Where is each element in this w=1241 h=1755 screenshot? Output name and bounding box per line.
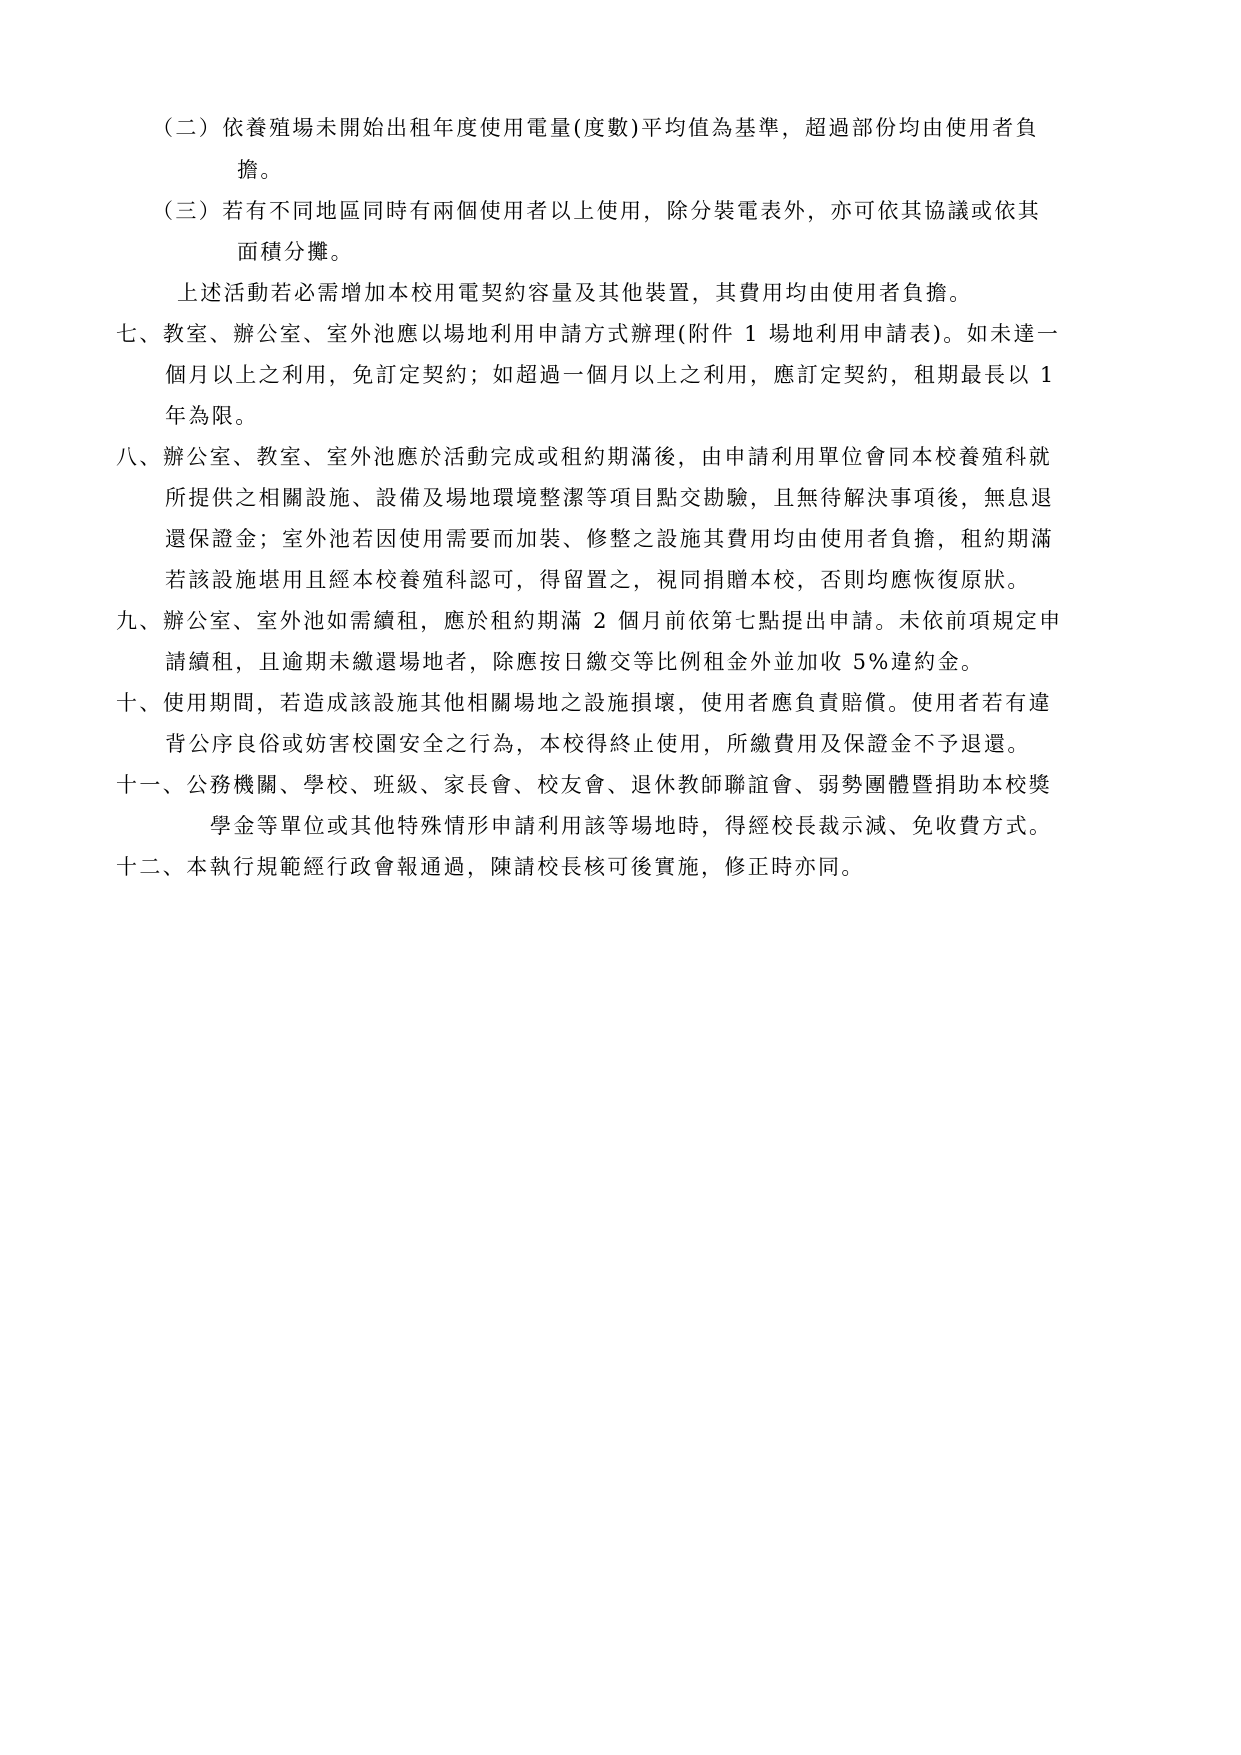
clause-marker: 十一、 (116, 770, 186, 800)
clause-text: 年為限。 (165, 404, 259, 428)
clause-item-9-line-1: 九、辦公室、室外池如需續租，應於租約期滿 2 個月前依第七點提出申請。未依前項規… (116, 606, 1063, 636)
clause-marker: 十二、 (116, 852, 186, 882)
clause-marker: 八、 (116, 442, 163, 472)
clause-item-11-line-1: 十一、公務機關、學校、班級、家長會、校友會、退休教師聯誼會、弱勢團體暨捐助本校獎 (116, 770, 1052, 800)
clause-text: 上述活動若必需增加本校用電契約容量及其他裝置，其費用均由使用者負擔。 (177, 281, 973, 305)
clause-text: 擔。 (237, 158, 284, 182)
clause-text: 還保證金；室外池若因使用需要而加裝、修整之設施其費用均由使用者負擔，租約期滿 (165, 527, 1054, 551)
clause-item-10-line-2: 背公序良俗或妨害校園安全之行為，本校得終止使用，所繳費用及保證金不予退還。 (165, 729, 1031, 759)
clause-item-9-line-2: 請續租，且逾期未繳還場地者，除應按日繳交等比例租金外並加收 5%違約金。 (165, 647, 984, 677)
clause-sub-2-line-2: 擔。 (237, 155, 284, 185)
clause-marker: 十、 (116, 688, 163, 718)
clause-text: 所提供之相關設施、設備及場地環境整潔等項目點交勘驗，且無待解決事項後，無息退 (165, 486, 1054, 510)
clause-text: 公務機關、學校、班級、家長會、校友會、退休教師聯誼會、弱勢團體暨捐助本校獎 (186, 773, 1052, 797)
clause-item-8-line-4: 若該設施堪用且經本校養殖科認可，得留置之，視同捐贈本校，否則均應恢復原狀。 (165, 565, 1031, 595)
clause-item-7-line-2: 個月以上之利用，免訂定契約；如超過一個月以上之利用，應訂定契約，租期最長以 1 (165, 360, 1056, 390)
clause-item-8-line-2: 所提供之相關設施、設備及場地環境整潔等項目點交勘驗，且無待解決事項後，無息退 (165, 483, 1054, 513)
clause-sub-3-line-2: 面積分攤。 (237, 237, 354, 267)
clause-text: 學金等單位或其他特殊情形申請利用該等場地時，得經校長裁示減、免收費方式。 (210, 814, 1052, 838)
clause-marker: （二） (152, 113, 222, 143)
clause-item-7-line-1: 七、教室、辦公室、室外池應以場地利用申請方式辦理(附件 1 場地利用申請表)。如… (116, 319, 1060, 349)
clause-sub-3-line-1: （三）若有不同地區同時有兩個使用者以上使用，除分裝電表外，亦可依其協議或依其 (152, 196, 1041, 226)
clause-item-8-line-1: 八、辦公室、教室、室外池應於活動完成或租約期滿後，由申請利用單位會同本校養殖科就 (116, 442, 1052, 472)
document-page: （二）依養殖場未開始出租年度使用電量(度數)平均值為基準，超過部份均由使用者負 … (0, 0, 1241, 1755)
clause-item-8-line-3: 還保證金；室外池若因使用需要而加裝、修整之設施其費用均由使用者負擔，租約期滿 (165, 524, 1054, 554)
clause-text: 教室、辦公室、室外池應以場地利用申請方式辦理(附件 1 場地利用申請表)。如未達… (163, 322, 1061, 346)
clause-text: 若該設施堪用且經本校養殖科認可，得留置之，視同捐贈本校，否則均應恢復原狀。 (165, 568, 1031, 592)
clause-text: 背公序良俗或妨害校園安全之行為，本校得終止使用，所繳費用及保證金不予退還。 (165, 732, 1031, 756)
clause-item-10-line-1: 十、使用期間，若造成該設施其他相關場地之設施損壞，使用者應負責賠償。使用者若有違 (116, 688, 1052, 718)
clause-item-7-line-3: 年為限。 (165, 401, 259, 431)
clause-text: 使用期間，若造成該設施其他相關場地之設施損壞，使用者應負責賠償。使用者若有違 (163, 691, 1052, 715)
clause-text: 個月以上之利用，免訂定契約；如超過一個月以上之利用，應訂定契約，租期最長以 1 (165, 363, 1056, 387)
clause-text: 辦公室、教室、室外池應於活動完成或租約期滿後，由申請利用單位會同本校養殖科就 (163, 445, 1052, 469)
clause-marker: 九、 (116, 606, 163, 636)
clause-item-11-line-2: 學金等單位或其他特殊情形申請利用該等場地時，得經校長裁示減、免收費方式。 (210, 811, 1052, 841)
clause-text: 面積分攤。 (237, 240, 354, 264)
clause-text: 若有不同地區同時有兩個使用者以上使用，除分裝電表外，亦可依其協議或依其 (222, 199, 1041, 223)
clause-text: 依養殖場未開始出租年度使用電量(度數)平均值為基準，超過部份均由使用者負 (222, 116, 1039, 140)
clause-text: 辦公室、室外池如需續租，應於租約期滿 2 個月前依第七點提出申請。未依前項規定申 (163, 609, 1063, 633)
clause-sub-2-line-1: （二）依養殖場未開始出租年度使用電量(度數)平均值為基準，超過部份均由使用者負 (152, 113, 1039, 143)
clause-note-line-1: 上述活動若必需增加本校用電契約容量及其他裝置，其費用均由使用者負擔。 (177, 278, 973, 308)
clause-marker: 七、 (116, 319, 163, 349)
clause-item-12-line-1: 十二、本執行規範經行政會報通過，陳請校長核可後實施，修正時亦同。 (116, 852, 865, 882)
clause-marker: （三） (152, 196, 222, 226)
clause-text: 本執行規範經行政會報通過，陳請校長核可後實施，修正時亦同。 (186, 855, 865, 879)
clause-text: 請續租，且逾期未繳還場地者，除應按日繳交等比例租金外並加收 5%違約金。 (165, 650, 984, 674)
